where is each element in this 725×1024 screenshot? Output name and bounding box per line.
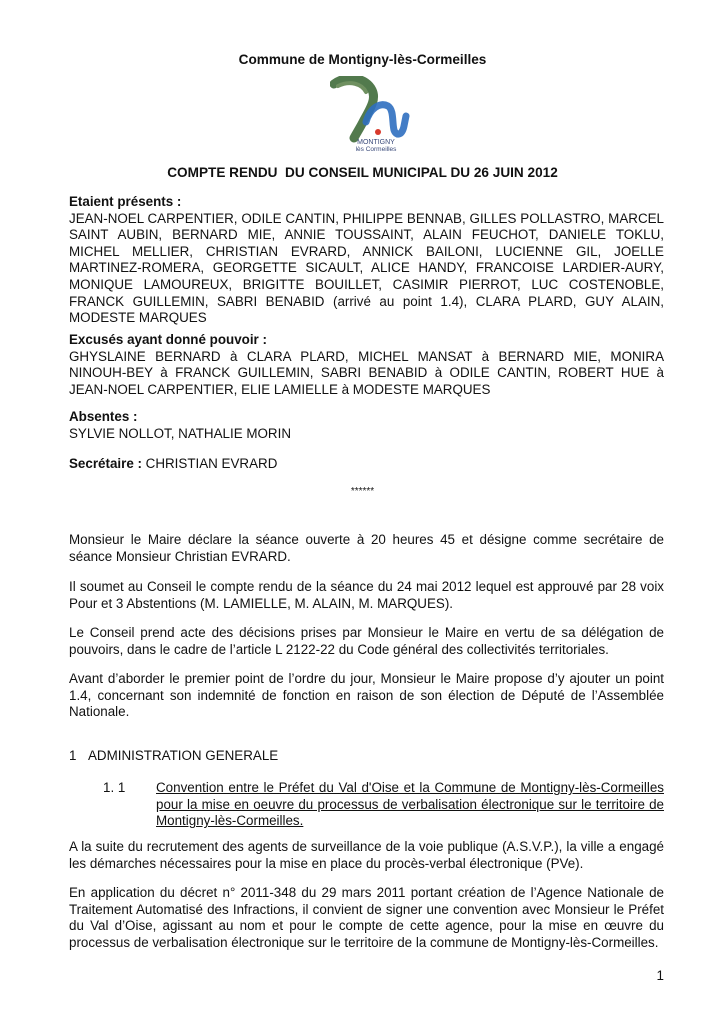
paragraph-minutes-approval: Il soumet au Conseil le compte rendu de … (69, 579, 664, 612)
subsection-number: 1. 1 (103, 780, 125, 797)
document-page: Commune de Montigny-lès-Cormeilles MONTI… (0, 0, 725, 1024)
paragraph-line: Traitement Automatisé des Infractions, i… (69, 902, 664, 919)
separator: ****** (0, 486, 725, 497)
svg-text:MONTIGNY: MONTIGNY (357, 139, 395, 146)
paragraph-line: Le Conseil prend acte des décisions pris… (69, 625, 664, 642)
excused-label: Excusés ayant donné pouvoir : (69, 332, 664, 349)
secretary-label: Secrétaire : (69, 456, 142, 471)
report-title: COMPTE RENDU DU CONSEIL MUNICIPAL DU 26 … (0, 165, 725, 180)
montigny-logo-icon: MONTIGNY lès Cormeilles (330, 76, 422, 154)
section-heading: 1ADMINISTRATION GENERALE (69, 748, 278, 763)
absent-label: Absentes : (69, 409, 664, 426)
paragraph-line: du Val d’Oise, agissant au nom et pour l… (69, 918, 664, 935)
paragraph-line: En application du décret n° 2011-348 du … (69, 885, 664, 902)
present-line: JEAN-NOEL CARPENTIER, ODILE CANTIN, PHIL… (69, 211, 664, 228)
section-title: ADMINISTRATION GENERALE (88, 748, 278, 763)
subsection-title-line: Convention entre le Préfet du Val d'Oise… (156, 780, 664, 797)
absent-text: SYLVIE NOLLOT, NATHALIE MORIN (69, 426, 664, 443)
secretary-name: CHRISTIAN EVRARD (142, 456, 277, 471)
subsection-title-line: Montigny-lès-Cormeilles. (156, 813, 303, 830)
paragraph-line: les démarches nécessaires pour la mise e… (69, 856, 664, 873)
excused-line: GHYSLAINE BERNARD à CLARA PLARD, MICHEL … (69, 349, 664, 366)
excused-line: NINOUH-BEY à FRANCK GUILLEMIN, SABRI BEN… (69, 365, 664, 382)
commune-heading: Commune de Montigny-lès-Cormeilles (0, 52, 725, 67)
paragraph-line: Pour et 3 Abstentions (M. LAMIELLE, M. A… (69, 596, 664, 613)
absent-section: Absentes : SYLVIE NOLLOT, NATHALIE MORIN (69, 409, 664, 442)
excused-line: JEAN-NOEL CARPENTIER, ELIE LAMIELLE à MO… (69, 382, 664, 399)
paragraph-line: processus de verbalisation électronique … (69, 935, 664, 952)
paragraph-line: Il soumet au Conseil le compte rendu de … (69, 579, 664, 596)
paragraph-opening: Monsieur le Maire déclare la séance ouve… (69, 532, 664, 565)
present-line: MODESTE MARQUES (69, 310, 664, 327)
page-number: 1 (650, 968, 664, 983)
present-section: Etaient présents : JEAN-NOEL CARPENTIER,… (69, 194, 664, 327)
svg-text:lès Cormeilles: lès Cormeilles (356, 146, 398, 153)
paragraph-line: A la suite du recrutement des agents de … (69, 839, 664, 856)
section-number: 1 (69, 748, 88, 763)
paragraph-line: Monsieur le Maire déclare la séance ouve… (69, 532, 664, 549)
present-line: MARTINEZ-ROMERA, GEORGETTE SICAULT, ALIC… (69, 260, 664, 277)
subsection-title-line: pour la mise en oeuvre du processus de v… (156, 797, 664, 814)
paragraph-line: 1.4, concernant son indemnité de fonctio… (69, 688, 664, 705)
present-label: Etaient présents : (69, 194, 664, 211)
excused-section: Excusés ayant donné pouvoir : GHYSLAINE … (69, 332, 664, 398)
paragraph-line: Avant d’aborder le premier point de l’or… (69, 671, 664, 688)
paragraph-line: Nationale. (69, 704, 664, 721)
subsection-heading: 1. 1 Convention entre le Préfet du Val d… (103, 780, 664, 830)
present-line: MICHEL MELLIER, CHRISTIAN EVRARD, ANNICK… (69, 244, 664, 261)
present-line: FRANCK GUILLEMIN, SABRI BENABID (arrivé … (69, 294, 664, 311)
paragraph-delegation: Le Conseil prend acte des décisions pris… (69, 625, 664, 658)
paragraph-line: séance Monsieur Christian EVRARD. (69, 549, 664, 566)
present-line: MONIQUE LAMOUREUX, BRIGITTE BOUILLET, CA… (69, 277, 664, 294)
paragraph-agenda-addition: Avant d’aborder le premier point de l’or… (69, 671, 664, 721)
paragraph-decree: En application du décret n° 2011-348 du … (69, 885, 664, 951)
secretary-section: Secrétaire : CHRISTIAN EVRARD (69, 456, 664, 473)
present-line: SAINT AUBIN, BERNARD MIE, ANNIE TOUSSAIN… (69, 227, 664, 244)
paragraph-asvp: A la suite du recrutement des agents de … (69, 839, 664, 872)
paragraph-line: pouvoirs, dans le cadre de l’article L 2… (69, 642, 664, 659)
